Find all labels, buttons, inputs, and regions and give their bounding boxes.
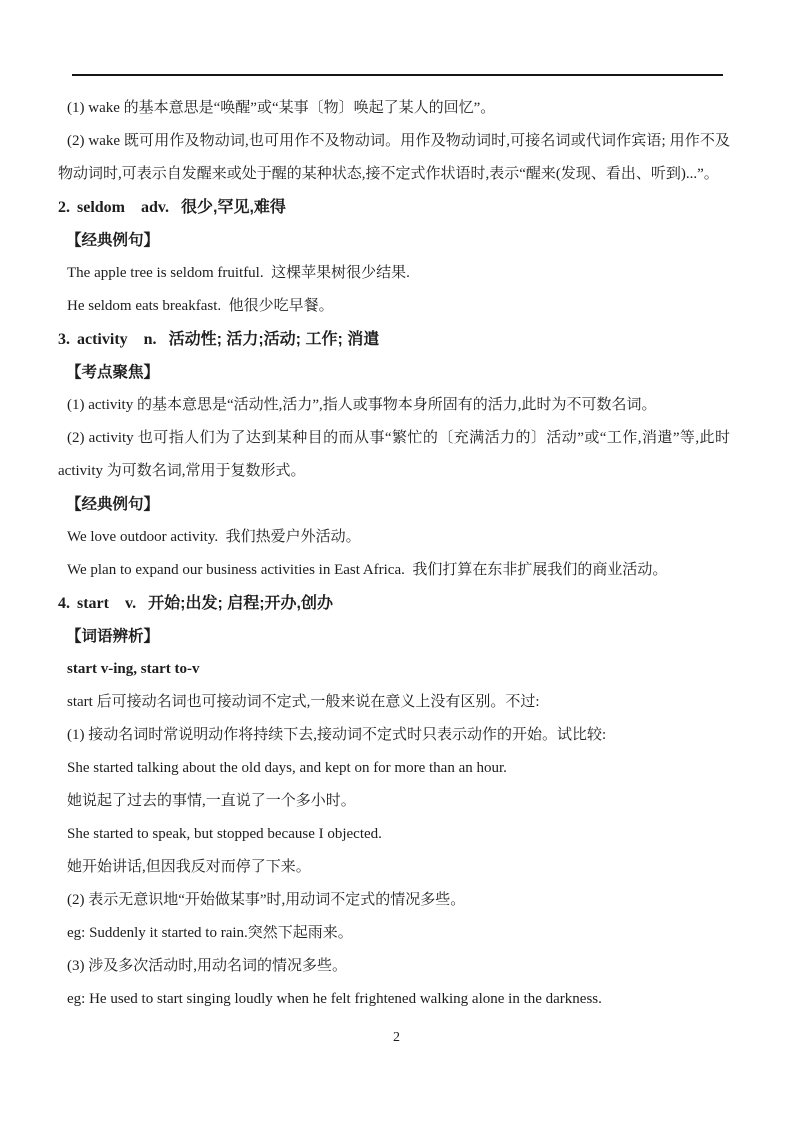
usage-note-start-rule-1: (1) 接动名词时常说明动作将持续下去,接动词不定式时只表示动作的开始。试比较:	[58, 719, 730, 752]
label-classic-examples-seldom: 【经典例句】	[58, 224, 730, 257]
usage-note-wake-1: (1) wake 的基本意思是“唤醒”或“某事〔物〕唤起了某人的回忆”。	[58, 92, 730, 125]
entry-pos: adv.	[141, 199, 169, 216]
entry-heading-seldom: 2.seldomadv.很少,罕见,难得	[58, 191, 730, 224]
page-number: 2	[0, 1028, 793, 1048]
document-page: (1) wake 的基本意思是“唤醒”或“某事〔物〕唤起了某人的回忆”。 (2)…	[0, 0, 793, 1122]
example-sentence-outdoor-activity: We love outdoor activity. 我们热爱户外活动。	[58, 521, 730, 554]
entry-number: 2.	[58, 199, 70, 216]
example-sentence-darkness: eg: He used to start singing loudly when…	[58, 983, 730, 1016]
usage-note-activity-2: (2) activity 也可指人们为了达到某种目的而从事“繁忙的〔充满活力的〕…	[58, 422, 730, 488]
header-rule	[72, 74, 723, 76]
translation-old-days: 她说起了过去的事情,一直说了一个多小时。	[58, 785, 730, 818]
example-sentence-breakfast: He seldom eats breakfast. 他很少吃早餐。	[58, 290, 730, 323]
example-sentence-objected: She started to speak, but stopped becaus…	[58, 818, 730, 851]
usage-note-wake-2: (2) wake 既可用作及物动词,也可用作不及物动词。用作及物动词时,可接名词…	[58, 125, 730, 191]
label-classic-examples-activity: 【经典例句】	[58, 488, 730, 521]
entry-meaning: 开始;出发; 启程;开办,创办	[148, 595, 333, 612]
entry-meaning: 很少,罕见,难得	[181, 199, 286, 216]
entry-heading-start: 4.startv.开始;出发; 启程;开办,创办	[58, 587, 730, 620]
example-sentence-apple-tree: The apple tree is seldom fruitful. 这棵苹果树…	[58, 257, 730, 290]
entry-word: activity	[77, 331, 128, 348]
entry-pos: v.	[125, 595, 136, 612]
entry-word: start	[77, 595, 109, 612]
entry-word: seldom	[77, 199, 125, 216]
usage-note-start-rule-3: (3) 涉及多次活动时,用动名词的情况多些。	[58, 950, 730, 983]
label-word-discrimination: 【词语辨析】	[58, 620, 730, 653]
entry-number: 4.	[58, 595, 70, 612]
entry-heading-activity: 3.activityn.活动性; 活力;活动; 工作; 消遣	[58, 323, 730, 356]
usage-note-start-rule-2: (2) 表示无意识地“开始做某事”时,用动词不定式的情况多些。	[58, 884, 730, 917]
entry-meaning: 活动性; 活力;活动; 工作; 消遣	[169, 331, 380, 348]
pattern-heading-start-ving-tov: start v-ing, start to-v	[58, 653, 730, 686]
usage-note-activity-1: (1) activity 的基本意思是“活动性,活力”,指人或事物本身所固有的活…	[58, 389, 730, 422]
label-exam-focus: 【考点聚焦】	[58, 356, 730, 389]
document-content: (1) wake 的基本意思是“唤醒”或“某事〔物〕唤起了某人的回忆”。 (2)…	[58, 92, 730, 1016]
entry-number: 3.	[58, 331, 70, 348]
entry-pos: n.	[144, 331, 157, 348]
translation-objected: 她开始讲话,但因我反对而停了下来。	[58, 851, 730, 884]
example-sentence-east-africa: We plan to expand our business activitie…	[58, 554, 730, 587]
example-sentence-old-days: She started talking about the old days, …	[58, 752, 730, 785]
example-sentence-rain: eg: Suddenly it started to rain.突然下起雨来。	[58, 917, 730, 950]
usage-note-start-intro: start 后可接动名词也可接动词不定式,一般来说在意义上没有区别。不过:	[58, 686, 730, 719]
